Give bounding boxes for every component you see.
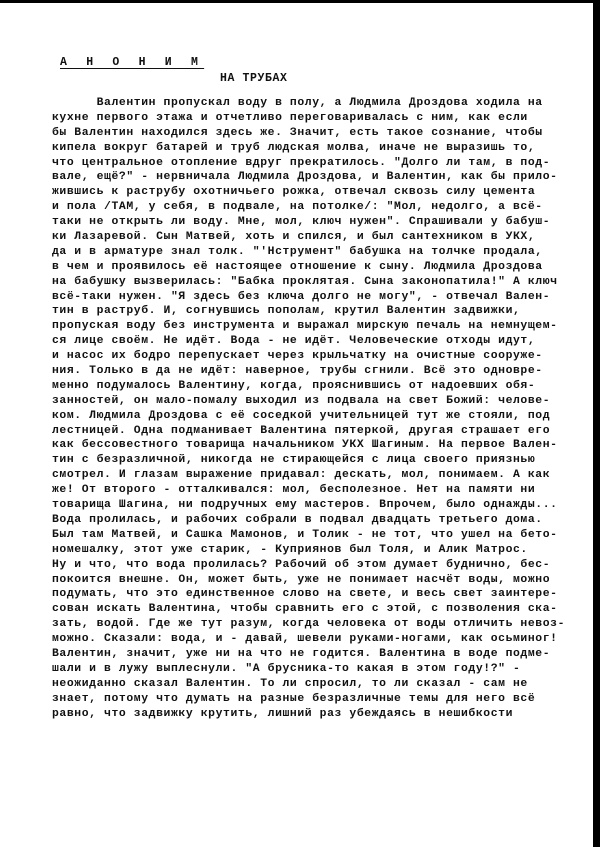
text-line: равно, что задвижку крутить, лишний раз … xyxy=(52,707,552,722)
text-line: смотрел. И глазам выражение придавал: де… xyxy=(52,468,552,483)
text-line: товарища Шагина, ни подручных ему мастер… xyxy=(52,498,552,513)
text-line: как бессовестного товарища начальником У… xyxy=(52,438,552,453)
text-line: Валентин пропускал воду в полу, а Людмил… xyxy=(52,96,552,111)
text-line: что центральное отопление вдруг прекрати… xyxy=(52,156,552,171)
text-line: ки Лазаревой. Сын Матвей, хоть и спился,… xyxy=(52,230,552,245)
scan-border-top xyxy=(0,0,600,3)
text-line: жившись к раструбу охотничьего рожка, от… xyxy=(52,185,552,200)
scan-border-right xyxy=(593,0,600,847)
text-line: занностей, он мало-помалу выходил из под… xyxy=(52,394,552,409)
text-line: Был там Матвей, и Сашка Мамонов, и Толик… xyxy=(52,528,552,543)
text-line: менно подумалось Валентину, когда, прояс… xyxy=(52,379,552,394)
text-line: зать, водой. Где же тут разум, когда чел… xyxy=(52,617,552,632)
text-line: покоится внешне. Он, может быть, уже не … xyxy=(52,573,552,588)
text-line: номешалку, этот уже старик, - Куприянов … xyxy=(52,543,552,558)
text-line: Вода пролилась, и рабочих собрали в подв… xyxy=(52,513,552,528)
text-line: шали и в лужу выплеснули. "А брусника-то… xyxy=(52,662,552,677)
text-line: знает, потому что думать на разные безра… xyxy=(52,692,552,707)
text-line: кухне первого этажа и отчетливо перегова… xyxy=(52,111,552,126)
text-line: да и в арматуре знал толк. "'Нструмент" … xyxy=(52,245,552,260)
text-line: ния. Только в да не идёт: наверное, труб… xyxy=(52,364,552,379)
text-line: вале, ещё?" - нервничала Людмила Дроздов… xyxy=(52,170,552,185)
text-line: в чем и проявилось её настоящее отношени… xyxy=(52,260,552,275)
text-line: Ну и что, что вода пролилась? Рабочий об… xyxy=(52,558,552,573)
text-line: и насос их бодро перепускает через крыль… xyxy=(52,349,552,364)
document-title: НА ТРУБАХ xyxy=(220,72,288,85)
text-line: же! От второго - отталкивался: мол, бесп… xyxy=(52,483,552,498)
text-line: тин в раструб. И, согнувшись пополам, кр… xyxy=(52,304,552,319)
author-name: А Н О Н И М xyxy=(60,56,204,69)
text-line: пропуская воду без инструмента и выражал… xyxy=(52,319,552,334)
text-line: подумать, что это единственное слово на … xyxy=(52,587,552,602)
text-line: тин с безразличной, никогда не стирающей… xyxy=(52,453,552,468)
text-line: сован искать Валентина, чтобы сравнить е… xyxy=(52,602,552,617)
text-line: ком. Людмила Дроздова с её соседкой учит… xyxy=(52,409,552,424)
body-text: Валентин пропускал воду в полу, а Людмил… xyxy=(52,96,552,721)
text-line: неожиданно сказал Валентин. То ли спроси… xyxy=(52,677,552,692)
text-line: кипела вокруг батарей и труб людская мол… xyxy=(52,141,552,156)
text-line: бы Валентин находился здесь же. Значит, … xyxy=(52,126,552,141)
text-line: на бабушку вызверилась: "Бабка проклятая… xyxy=(52,275,552,290)
text-line: и пола /ТАМ, у себя, в подвале, на потол… xyxy=(52,200,552,215)
text-line: ся лице своём. Не идёт. Вода - не идёт. … xyxy=(52,334,552,349)
text-line: всё-таки нужен. "Я здесь без ключа долго… xyxy=(52,290,552,305)
text-line: можно. Сказали: вода, и - давай, шевели … xyxy=(52,632,552,647)
text-line: таки не открыть ли воду. Мне, мол, ключ … xyxy=(52,215,552,230)
text-line: лестницей. Одна подманивает Валентина пя… xyxy=(52,424,552,439)
text-line: Валентин, значит, уже ни на что не годит… xyxy=(52,647,552,662)
